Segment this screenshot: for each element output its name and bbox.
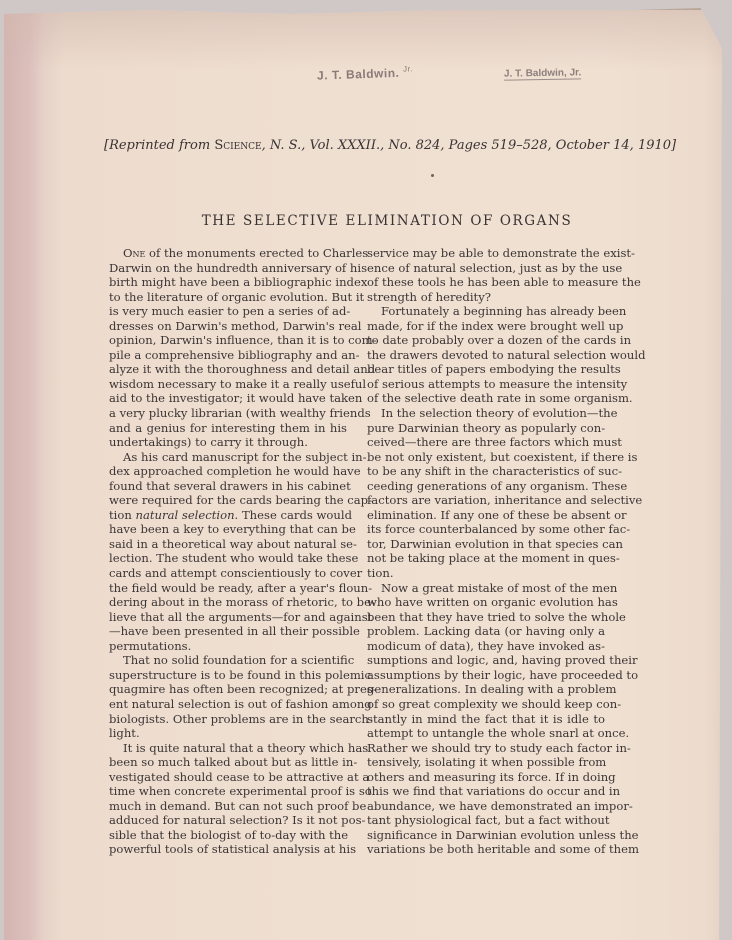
text-line: to the literature of organic evolution. …: [109, 290, 347, 305]
text-line: ence of natural selection, just as by th…: [367, 261, 605, 276]
owner-stamp-suffix: Jr.: [403, 64, 413, 73]
text-line: service may be able to demonstrate the e…: [367, 246, 605, 261]
text-line: Now a great mistake of most of the men: [367, 581, 605, 596]
text-line: birth might have been a bibliographic in…: [109, 275, 347, 290]
text-line: superstructure is to be found in this po…: [109, 668, 347, 683]
text-line: be not only existent, but coexistent, if…: [367, 450, 605, 465]
text-line: abundance, we have demonstrated an impor…: [367, 799, 605, 814]
ink-speck: [431, 174, 434, 177]
text-line: ceeding generations of any organism. The…: [367, 479, 605, 494]
text-line: wisdom necessary to make it a really use…: [109, 377, 347, 392]
text-line: modicum of data), they have invoked as-: [367, 639, 605, 654]
text-line: powerful tools of statistical analysis a…: [109, 842, 347, 857]
text-line: aid to the investigator; it would have t…: [109, 391, 347, 406]
text-line: lection. The student who would take thes…: [109, 551, 347, 566]
text-line: light.: [109, 726, 347, 741]
text-line: undertakings) to carry it through.: [109, 435, 347, 450]
text-line: Darwin on the hundredth anniversary of h…: [109, 261, 347, 276]
text-line: this we find that variations do occur an…: [367, 784, 605, 799]
text-line: One of the monuments erected to Charles: [109, 246, 347, 261]
text-line: others and measuring its force. If in do…: [367, 770, 605, 785]
text-line: Rather we should try to study each facto…: [367, 741, 605, 756]
text-line: problem. Lacking data (or having only a: [367, 624, 605, 639]
text-line: adduced for natural selection? Is it not…: [109, 813, 347, 828]
document-page: J. T. Baldwin. Jr. J. T. Baldwin, Jr. [R…: [4, 8, 722, 940]
citation-prefix: [Reprinted from: [104, 138, 214, 153]
text-line: tensively, isolating it when possible fr…: [367, 755, 605, 770]
text-line: It is quite natural that a theory which …: [109, 741, 347, 756]
text-line: permutations.: [109, 639, 347, 654]
text-line: who have written on organic evolution ha…: [367, 595, 605, 610]
text-line: quagmire has often been recognized; at p…: [109, 682, 347, 697]
text-line: its force counterbalanced by some other …: [367, 522, 605, 537]
text-line: bear titles of papers embodying the resu…: [367, 362, 605, 377]
text-line: lieve that all the arguments—for and aga…: [109, 610, 347, 625]
text-line: time when concrete experimental proof is…: [109, 784, 347, 799]
text-line: pure Darwinian theory as popularly con-: [367, 421, 605, 436]
citation-details: , N. S., Vol. XXXII., No. 824, Pages 519…: [262, 138, 677, 153]
handwritten-signature: J. T. Baldwin, Jr.: [504, 67, 581, 80]
reprint-citation: [Reprinted from Science, N. S., Vol. XXX…: [104, 138, 604, 153]
text-line: pile a comprehensive bibliography and an…: [109, 348, 347, 363]
text-line: sumptions and logic, and, having proved …: [367, 653, 605, 668]
text-line: significance in Darwinian evolution unle…: [367, 828, 605, 843]
text-line: As his card manuscript for the subject i…: [109, 450, 347, 465]
article-title: THE SELECTIVE ELIMINATION OF ORGANS: [4, 213, 732, 229]
left-column: One of the monuments erected to Charles …: [109, 246, 347, 857]
text-line: factors are variation, inheritance and s…: [367, 493, 605, 508]
text-line: ceived—there are three factors which mus…: [367, 435, 605, 450]
text-line: of serious attempts to measure the inten…: [367, 377, 605, 392]
text-line: opinion, Darwin's influence, than it is …: [109, 333, 347, 348]
owner-stamp: J. T. Baldwin. Jr.: [317, 64, 414, 82]
text-line: stantly in mind the fact that it is idle…: [367, 712, 605, 727]
text-line: the field would be ready, after a year's…: [109, 581, 347, 596]
text-line: dering about in the morass of rhetoric, …: [109, 595, 347, 610]
text-line: tion.: [367, 566, 605, 581]
text-line: the drawers devoted to natural selection…: [367, 348, 605, 363]
text-line: of the selective death rate in some orga…: [367, 391, 605, 406]
text-line: alyze it with the thoroughness and detai…: [109, 362, 347, 377]
text-line: dresses on Darwin's method, Darwin's rea…: [109, 319, 347, 334]
text-line: variations be both heritable and some of…: [367, 842, 605, 857]
text-line: Fortunately a beginning has already been: [367, 304, 605, 319]
text-line: In the selection theory of evolution—the: [367, 406, 605, 421]
italic-phrase: natural selection.: [136, 508, 239, 522]
text-line: of so great complexity we should keep co…: [367, 697, 605, 712]
text-line: tion natural selection. These cards woul…: [109, 508, 347, 523]
text-line: to date probably over a dozen of the car…: [367, 333, 605, 348]
text-line: ent natural selection is out of fashion …: [109, 697, 347, 712]
text-line: is very much easier to pen a series of a…: [109, 304, 347, 319]
text-line: a very plucky librarian (with wealthy fr…: [109, 406, 347, 421]
text-line: to be any shift in the characteristics o…: [367, 464, 605, 479]
text-line: dex approached completion he would have: [109, 464, 347, 479]
text-line: sible that the biologist of to-day with …: [109, 828, 347, 843]
text-line: much in demand. But can not such proof b…: [109, 799, 347, 814]
right-column: service may be able to demonstrate the e…: [367, 246, 605, 857]
text-fragment: of the monuments erected to Charles: [149, 246, 368, 260]
text-line: not be taking place at the moment in que…: [367, 551, 605, 566]
text-line: generalizations. In dealing with a probl…: [367, 682, 605, 697]
text-line: elimination. If any one of these be abse…: [367, 508, 605, 523]
text-line: vestigated should cease to be attractive…: [109, 770, 347, 785]
text-line: been that they have tried to solve the w…: [367, 610, 605, 625]
text-line: made, for if the index were brought well…: [367, 319, 605, 334]
owner-stamp-name: J. T. Baldwin.: [317, 66, 400, 83]
text-line: assumptions by their logic, have proceed…: [367, 668, 605, 683]
text-line: said in a theoretical way about natural …: [109, 537, 347, 552]
opening-word: One: [123, 246, 145, 260]
citation-journal: Science: [214, 138, 261, 153]
text-line: attempt to untangle the whole snarl at o…: [367, 726, 605, 741]
text-line: strength of heredity?: [367, 290, 605, 305]
text-line: of these tools he has been able to measu…: [367, 275, 605, 290]
text-line: were required for the cards bearing the …: [109, 493, 347, 508]
text-line: tor, Darwinian evolution in that species…: [367, 537, 605, 552]
text-line: That no solid foundation for a scientifi…: [109, 653, 347, 668]
text-line: found that several drawers in his cabine…: [109, 479, 347, 494]
text-line: cards and attempt conscientiously to cov…: [109, 566, 347, 581]
text-line: been so much talked about but as little …: [109, 755, 347, 770]
text-fragment: These cards would: [242, 508, 352, 522]
text-line: —have been presented in all their possib…: [109, 624, 347, 639]
text-line: and a genius for interesting them in his: [109, 421, 347, 436]
text-line: have been a key to everything that can b…: [109, 522, 347, 537]
text-line: tant physiological fact, but a fact with…: [367, 813, 605, 828]
text-fragment: tion: [109, 508, 132, 522]
text-line: biologists. Other problems are in the se…: [109, 712, 347, 727]
